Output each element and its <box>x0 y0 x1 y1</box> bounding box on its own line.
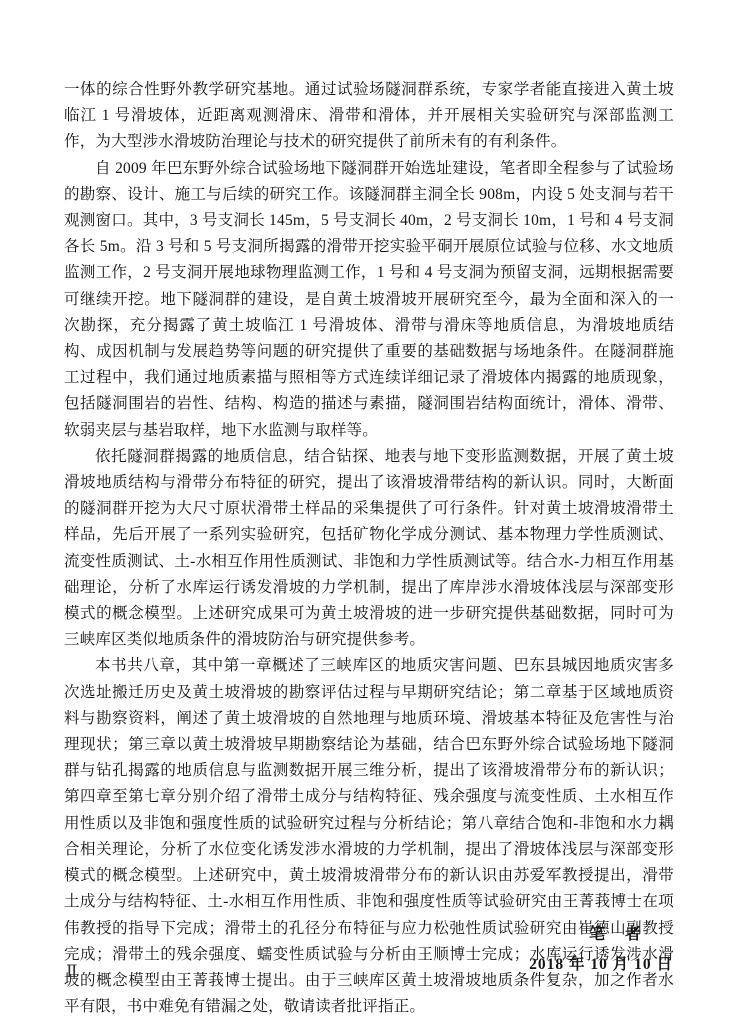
signature-block: 笔 者 2018 年 10 月 10 日 <box>529 920 673 980</box>
preface-paragraph-2: 自 2009 年巴东野外综合试验场地下隧洞群开始选址建设，笔者即全程参与了试验场… <box>64 156 674 444</box>
preface-paragraph-3: 依托隧洞群揭露的地质信息，结合钻探、地表与地下变形监测数据，开展了黄土坡滑坡地质… <box>64 444 674 654</box>
signature-date: 2018 年 10 月 10 日 <box>529 950 673 980</box>
book-preface-page: 一体的综合性野外教学研究基地。通过试验场隧洞群系统，专家学者能直接进入黄土坡临江… <box>0 0 731 1024</box>
page-number: Ⅱ <box>66 962 78 982</box>
preface-text-block: 一体的综合性野外教学研究基地。通过试验场隧洞群系统，专家学者能直接进入黄土坡临江… <box>64 77 674 1020</box>
author-signature: 笔 者 <box>529 920 673 950</box>
preface-paragraph-1: 一体的综合性野外教学研究基地。通过试验场隧洞群系统，专家学者能直接进入黄土坡临江… <box>64 77 674 156</box>
